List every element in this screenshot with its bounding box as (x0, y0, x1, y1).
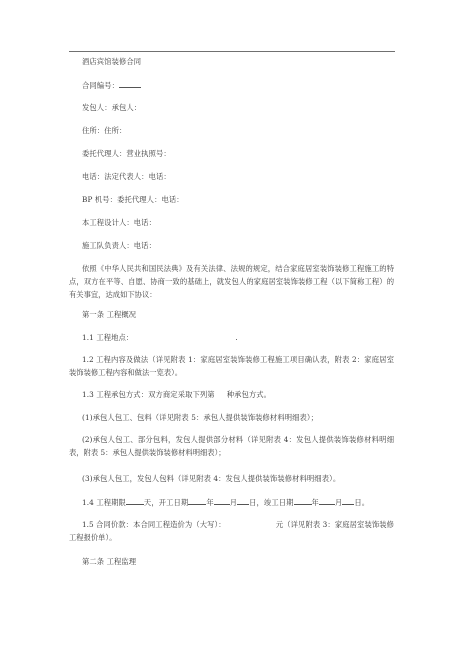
preamble-paragraph: 依照《中华人民共和国民法典》及有关法律、法规的规定，结合家庭居室装饰装修工程施工… (69, 262, 394, 301)
start-year-blank[interactable] (188, 497, 206, 505)
header-rule (69, 51, 395, 52)
item-1-5: 1.5 合同价款：本合同工程造价为（大写）：元（详见附表 3：家庭居室装饰装修工… (69, 518, 394, 544)
end-month-unit: 月 (335, 498, 342, 507)
item-1-4: 1.4 工程期限天，开工日期年月日，竣工日期年月日。 (82, 497, 369, 508)
duration-days-blank[interactable] (126, 497, 144, 505)
end-day-blank[interactable] (342, 497, 354, 505)
item-1-1-end: . (235, 333, 237, 342)
item-1-3: 1.3 工程承包方式：双方商定采取下列第种承包方式。 (82, 390, 271, 400)
address-line: 住所：住所： (82, 126, 126, 136)
agent-line: 委托代理人：营业执照号： (82, 149, 171, 159)
item-1-3-text-b: 种承包方式。 (227, 390, 271, 399)
start-day-blank[interactable] (237, 497, 249, 505)
start-year-unit: 年 (206, 498, 213, 507)
start-month-blank[interactable] (214, 497, 230, 505)
contract-number-line: 合同编号： (82, 80, 141, 91)
phone-legal-line: 电话：法定代表人：电话： (82, 172, 171, 182)
end-date-label: 日，竣工日期 (249, 498, 293, 507)
item-1-1-label: 1.1 工程地点： (82, 333, 133, 342)
document-title: 酒店宾馆装修合同 (82, 57, 141, 67)
item-1-3-text-a: 1.3 工程承包方式：双方商定采取下列第 (82, 390, 215, 399)
designer-line: 本工程设计人：电话： (82, 218, 156, 228)
option-1: (1)承包人包工、包料（详见附表 5：承包人提供装饰装修材料明细表）； (82, 413, 318, 423)
contract-number-blank[interactable] (119, 80, 141, 88)
start-month-unit: 月 (230, 498, 237, 507)
parties-line: 发包人：承包人： (82, 103, 141, 113)
end-day-unit: 日。 (354, 498, 369, 507)
item-1-2: 1.2 工程内容及做法（详见附表 1：家庭居室装饰装修工程施工项目确认表，附表 … (69, 353, 394, 379)
option-2: (2)承包人包工、部分包料，发包人提供部分材料（详见附表 4：发包人提供装饰装修… (69, 433, 394, 459)
option-3: (3)承包人包工，发包人包料（详见附表 4：发包人提供装饰装修材料明细表）。 (82, 474, 340, 484)
item-1-1: 1.1 工程地点：. (82, 333, 238, 343)
article-1-title: 第一条 工程概况 (82, 310, 136, 320)
item-1-5-text-a: 1.5 合同价款：本合同工程造价为（大写）： (82, 520, 226, 529)
duration-label: 1.4 工程期限 (82, 498, 126, 507)
end-month-blank[interactable] (319, 497, 335, 505)
bp-line: BP 机号：委托代理人：电话： (82, 195, 184, 205)
end-year-blank[interactable] (294, 497, 312, 505)
article-2-title: 第二条 工程监理 (82, 557, 136, 567)
end-year-unit: 年 (312, 498, 319, 507)
start-date-label: 天，开工日期 (144, 498, 188, 507)
contract-number-label: 合同编号： (82, 81, 119, 90)
site-manager-line: 施工队负责人：电话： (82, 241, 156, 251)
